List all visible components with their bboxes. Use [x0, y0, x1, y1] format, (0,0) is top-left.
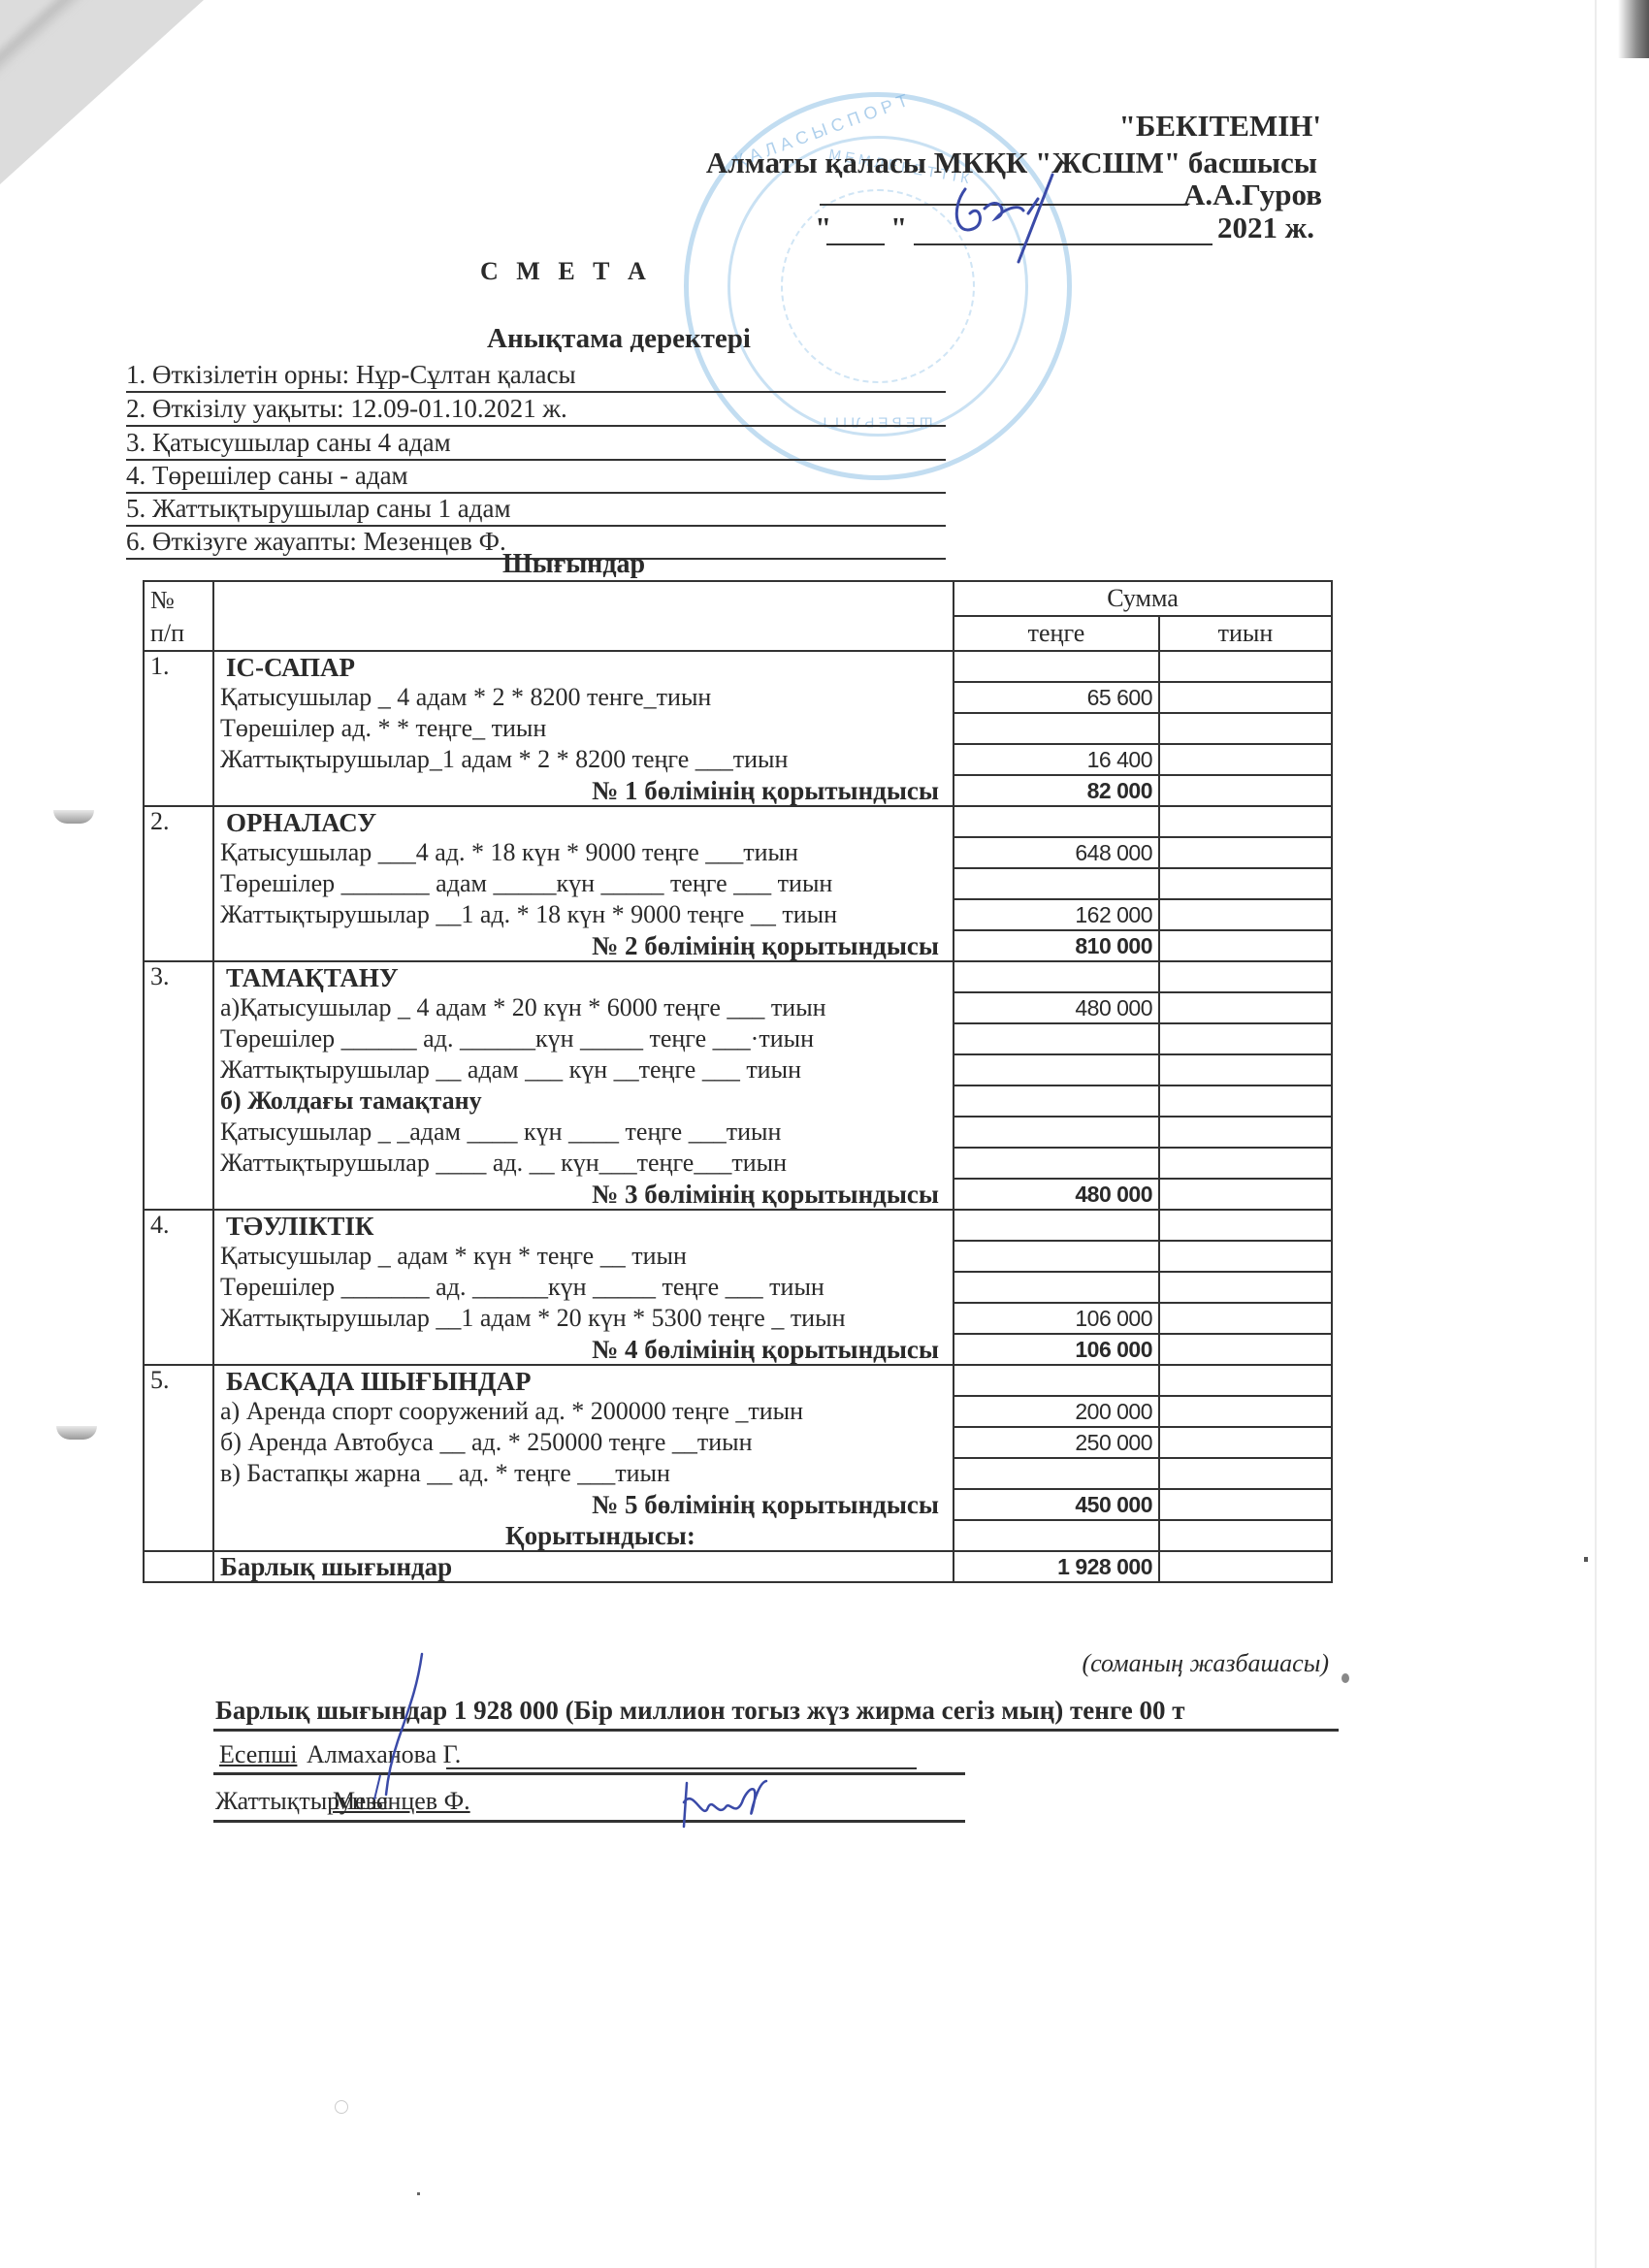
line-description: Қатысушылар ___4 ад. * 18 күн * 9000 тең… — [213, 837, 954, 868]
tiyn-cell — [1159, 713, 1332, 744]
tiyn-cell — [1159, 1023, 1332, 1054]
table-row: Қатысушылар _ адам * күн * теңге __ тиын — [144, 1241, 1332, 1272]
subtotal-value: 450 000 — [954, 1489, 1159, 1520]
line-description: Қатысушылар _ адам * күн * теңге __ тиын — [213, 1241, 954, 1272]
totals-label: Қорытындысы: — [213, 1520, 954, 1551]
table-row: Төрешілер _______ ад. ______күн _____ те… — [144, 1272, 1332, 1303]
subtotal-value: 480 000 — [954, 1179, 1159, 1210]
section-title: ТАМАҚТАНУ — [213, 961, 954, 992]
tiyn-cell — [1159, 1054, 1332, 1085]
tiyn-cell — [1159, 961, 1332, 992]
table-row: а) Аренда спорт сооружений ад. * 200000 … — [144, 1396, 1332, 1427]
header-tiyn: тиын — [1159, 616, 1332, 651]
section-title-row: 2.ОРНАЛАСУ — [144, 806, 1332, 837]
line-description: Төрешілер _______ ад. ______күн _____ те… — [213, 1272, 954, 1303]
number-cell — [144, 1179, 213, 1210]
tiyn-cell — [1159, 1179, 1332, 1210]
number-cell — [144, 1054, 213, 1085]
section-title-row: 3.ТАМАҚТАНУ — [144, 961, 1332, 992]
tenge-cell — [954, 961, 1159, 992]
number-cell — [144, 899, 213, 930]
tenge-cell — [954, 868, 1159, 899]
scan-speck — [1342, 1673, 1349, 1683]
tenge-cell — [954, 1272, 1159, 1303]
table-row: Төрешілер ______ ад. ______күн _____ тең… — [144, 1023, 1332, 1054]
table-row: Төрешілер ад. * * теңге_ тиын — [144, 713, 1332, 744]
tiyn-cell — [1159, 806, 1332, 837]
subtotal-label: № 5 бөлімінің қорытындысы — [213, 1489, 954, 1520]
tiyn-cell — [1159, 1489, 1332, 1520]
table-row: Қатысушылар _ _адам ____ күн ____ теңге … — [144, 1117, 1332, 1148]
subtotal-value: 810 000 — [954, 930, 1159, 961]
line-description: Жаттықтырушылар __1 адам * 20 күн * 5300… — [213, 1303, 954, 1334]
subtotal-row: № 1 бөлімінің қорытындысы82 000 — [144, 775, 1332, 806]
header-num-line2: п/п — [150, 617, 207, 650]
section-title: БАСҚАДА ШЫҒЫНДАР — [213, 1365, 954, 1396]
tiyn-cell — [1159, 1427, 1332, 1458]
tiyn-cell — [1159, 1117, 1332, 1148]
number-cell — [144, 1458, 213, 1489]
number-cell — [144, 1520, 213, 1551]
number-cell — [144, 1551, 213, 1582]
number-cell — [144, 837, 213, 868]
number-cell — [144, 1241, 213, 1272]
subtotal-row: № 3 бөлімінің қорытындысы480 000 — [144, 1179, 1332, 1210]
number-cell — [144, 713, 213, 744]
tenge-cell: 480 000 — [954, 992, 1159, 1023]
tiyn-cell — [1159, 868, 1332, 899]
approval-title: "БЕКІТЕМІН' — [1119, 109, 1321, 144]
number-cell — [144, 1334, 213, 1365]
approval-date-quote-open: " — [815, 211, 831, 245]
section-title-row: 5.БАСҚАДА ШЫҒЫНДАР — [144, 1365, 1332, 1396]
tenge-cell: 106 000 — [954, 1303, 1159, 1334]
subtotal-label: № 3 бөлімінің қорытындысы — [213, 1179, 954, 1210]
line-description: а) Аренда спорт сооружений ад. * 200000 … — [213, 1396, 954, 1427]
scan-speck — [335, 2100, 348, 2114]
tiyn-cell — [1159, 651, 1332, 682]
accountant-row-line — [213, 1772, 965, 1775]
approval-date-quote-close: " — [890, 211, 907, 245]
tenge-cell: 648 000 — [954, 837, 1159, 868]
info-dates: 2. Өткізілу уақыты: 12.09-01.10.2021 ж. — [126, 392, 946, 427]
tenge-cell: 250 000 — [954, 1427, 1159, 1458]
line-description: Жаттықтырушылар ____ ад. __ күн___теңге_… — [213, 1148, 954, 1179]
section-title-row: 4.ТӘУЛІКТІК — [144, 1210, 1332, 1241]
line-description: Төрешілер ад. * * теңге_ тиын — [213, 713, 954, 744]
tiyn-cell — [1159, 1303, 1332, 1334]
tiyn-cell — [1159, 1458, 1332, 1489]
head-signature-icon — [946, 170, 1082, 272]
info-participants: 3. Қатысушылар саны 4 адам — [126, 426, 946, 461]
tiyn-cell — [1159, 682, 1332, 713]
scan-edge — [1618, 0, 1649, 58]
subtotal-value: 82 000 — [954, 775, 1159, 806]
tenge-cell: 65 600 — [954, 682, 1159, 713]
tenge-cell — [954, 1148, 1159, 1179]
line-description: Төрешілер ______ ад. ______күн _____ тең… — [213, 1023, 954, 1054]
subtotal-row: № 2 бөлімінің қорытындысы810 000 — [144, 930, 1332, 961]
tenge-cell: 162 000 — [954, 899, 1159, 930]
scanned-document-page: Қ А Л А С Ы С П О Р Т М Е М Л Е К Е Т Т … — [0, 0, 1649, 2268]
scan-speck — [417, 2192, 420, 2195]
punch-hole-top — [53, 810, 94, 824]
tiyn-cell — [1159, 992, 1332, 1023]
subtotal-row: № 4 бөлімінің қорытындысы106 000 — [144, 1334, 1332, 1365]
grand-total-value: 1 928 000 — [954, 1551, 1159, 1582]
line-description: Жаттықтырушылар __1 ад. * 18 күн * 9000 … — [213, 899, 954, 930]
section-title: ТӘУЛІКТІК — [213, 1210, 954, 1241]
totals-label-row: Қорытындысы: — [144, 1520, 1332, 1551]
tenge-cell — [954, 1458, 1159, 1489]
subtotal-value: 106 000 — [954, 1334, 1159, 1365]
tiyn-cell — [1159, 1272, 1332, 1303]
table-row: Қатысушылар _ 4 адам * 2 * 8200 тенге_ти… — [144, 682, 1332, 713]
table-header-row-1: № п/п Сумма — [144, 581, 1332, 616]
number-cell — [144, 1117, 213, 1148]
number-cell — [144, 992, 213, 1023]
number-cell — [144, 682, 213, 713]
number-cell — [144, 744, 213, 775]
table-row: Төрешілер _______ адам _____күн _____ те… — [144, 868, 1332, 899]
subtotal-row: № 5 бөлімінің қорытындысы450 000 — [144, 1489, 1332, 1520]
accountant-signature-line — [446, 1767, 917, 1769]
number-cell — [144, 1085, 213, 1117]
number-cell — [144, 1396, 213, 1427]
tenge-cell — [954, 806, 1159, 837]
line-description: а)Қатысушылар _ 4 адам * 20 күн * 6000 т… — [213, 992, 954, 1023]
approval-day-blank — [826, 243, 885, 245]
line-description: б) Аренда Автобуса __ ад. * 250000 теңге… — [213, 1427, 954, 1458]
section-title: ІС-САПАР — [213, 651, 954, 682]
line-description: Қатысушылар _ _адам ____ күн ____ теңге … — [213, 1117, 954, 1148]
tiyn-cell — [1159, 1396, 1332, 1427]
tenge-cell — [954, 1085, 1159, 1117]
tenge-cell — [954, 1023, 1159, 1054]
line-description: Жаттықтырушылар_1 адам * 2 * 8200 теңге … — [213, 744, 954, 775]
section-number: 3. — [144, 961, 213, 992]
table-row: б) Аренда Автобуса __ ад. * 250000 теңге… — [144, 1427, 1332, 1458]
subtotal-label: № 2 бөлімінің қорытындысы — [213, 930, 954, 961]
tiyn-cell — [1159, 1241, 1332, 1272]
approval-signer: А.А.Гуров — [1183, 178, 1322, 212]
tenge-cell — [954, 1117, 1159, 1148]
number-cell — [144, 775, 213, 806]
subtotal-label: № 4 бөлімінің қорытындысы — [213, 1334, 954, 1365]
info-venue: 1. Өткізілетін орны: Нұр-Сұлтан қаласы — [126, 358, 946, 393]
header-tenge: теңге — [954, 616, 1159, 651]
punch-hole-bottom — [56, 1426, 97, 1440]
table-row: Жаттықтырушылар __1 адам * 20 күн * 5300… — [144, 1303, 1332, 1334]
section-number: 4. — [144, 1210, 213, 1241]
approval-year: 2021 ж. — [1217, 211, 1314, 245]
coach-signature-icon — [679, 1773, 776, 1836]
tenge-cell — [954, 1241, 1159, 1272]
tenge-cell — [954, 713, 1159, 744]
expenses-table: № п/п Сумма теңге тиын 1.ІС-САПАРҚатысуш… — [143, 580, 1333, 1583]
tenge-cell: 200 000 — [954, 1396, 1159, 1427]
number-cell — [144, 1427, 213, 1458]
tiyn-cell — [1159, 744, 1332, 775]
tenge-cell — [954, 1365, 1159, 1396]
subtotal-label: № 1 бөлімінің қорытындысы — [213, 775, 954, 806]
section-number: 1. — [144, 651, 213, 682]
expenses-heading: Шығындар — [502, 549, 645, 580]
tiyn-cell — [1159, 837, 1332, 868]
tenge-cell — [954, 651, 1159, 682]
line-description: б) Жолдағы тамақтану — [213, 1085, 954, 1117]
number-cell — [144, 868, 213, 899]
tiyn-cell — [1159, 1365, 1332, 1396]
document-title: С М Е Т А — [480, 257, 652, 286]
tiyn-cell — [1159, 1085, 1332, 1117]
amount-in-words: Барлық шығындар 1 928 000 (Бір миллион т… — [215, 1696, 1185, 1726]
table-row: Жаттықтырушылар __ адам ___ күн __теңге … — [144, 1054, 1332, 1085]
tiyn-cell — [1159, 1210, 1332, 1241]
number-cell — [144, 1023, 213, 1054]
table-row: Жаттықтырушылар __1 ад. * 18 күн * 9000 … — [144, 899, 1332, 930]
grand-total-row: Барлық шығындар1 928 000 — [144, 1551, 1332, 1582]
section-number: 5. — [144, 1365, 213, 1396]
number-cell — [144, 1303, 213, 1334]
line-description: Жаттықтырушылар __ адам ___ күн __теңге … — [213, 1054, 954, 1085]
table-row: Жаттықтырушылар_1 адам * 2 * 8200 теңге … — [144, 744, 1332, 775]
table-row: Жаттықтырушылар ____ ад. __ күн___теңге_… — [144, 1148, 1332, 1179]
line-description: в) Бастапқы жарна __ ад. * теңге ___тиын — [213, 1458, 954, 1489]
table-row: в) Бастапқы жарна __ ад. * теңге ___тиын — [144, 1458, 1332, 1489]
coach-row-line — [213, 1820, 965, 1823]
tiyn-cell — [1159, 775, 1332, 806]
info-coaches: 5. Жаттықтырушылар саны 1 адам — [126, 492, 946, 527]
number-cell — [144, 1272, 213, 1303]
info-heading: Анықтама деректері — [487, 323, 751, 355]
accountant-role: Есепші — [219, 1740, 297, 1769]
line-description: Төрешілер _______ адам _____күн _____ те… — [213, 868, 954, 899]
number-cell — [144, 1148, 213, 1179]
number-cell — [144, 930, 213, 961]
header-num: № п/п — [144, 581, 213, 651]
section-number: 2. — [144, 806, 213, 837]
scan-edge-line — [1595, 0, 1597, 2268]
tiyn-cell — [1159, 930, 1332, 961]
header-num-line1: № — [150, 584, 207, 617]
line-description: Қатысушылар _ 4 адам * 2 * 8200 тенге_ти… — [213, 682, 954, 713]
scan-speck — [1584, 1557, 1588, 1562]
amount-words-caption: (соманың жазбашасы) — [1082, 1649, 1329, 1678]
table-row: Қатысушылар ___4 ад. * 18 күн * 9000 тең… — [144, 837, 1332, 868]
table-row: б) Жолдағы тамақтану — [144, 1085, 1332, 1117]
table-row: а)Қатысушылар _ 4 адам * 20 күн * 6000 т… — [144, 992, 1332, 1023]
tenge-cell — [954, 1054, 1159, 1085]
info-referees: 4. Төрешілер саны - адам — [126, 459, 946, 494]
tiyn-cell — [1159, 1148, 1332, 1179]
tiyn-cell — [1159, 1520, 1332, 1551]
tenge-cell — [954, 1210, 1159, 1241]
tiyn-cell — [1159, 1334, 1332, 1365]
tiyn-cell — [1159, 899, 1332, 930]
tenge-cell: 16 400 — [954, 744, 1159, 775]
number-cell — [144, 1489, 213, 1520]
tiyn-cell — [1159, 1551, 1332, 1582]
tenge-cell — [954, 1520, 1159, 1551]
section-title-row: 1.ІС-САПАР — [144, 651, 1332, 682]
accountant-signature-icon — [369, 1649, 427, 1809]
header-sum: Сумма — [954, 581, 1332, 616]
section-title: ОРНАЛАСУ — [213, 806, 954, 837]
grand-total-label: Барлық шығындар — [213, 1551, 954, 1582]
header-description — [213, 581, 954, 651]
